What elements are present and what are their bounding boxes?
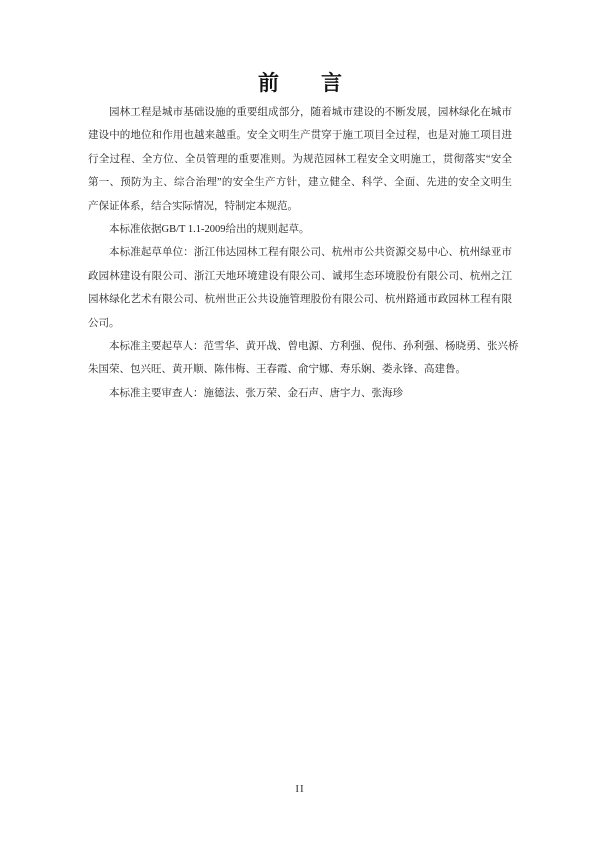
paragraph-line: 本标准依据GB/T 1.1-2009给出的规则起草。	[88, 218, 512, 241]
foreword-body: 园林工程是城市基础设施的重要组成部分，随着城市建设的不断发展，园林绿化在城市 建…	[88, 101, 512, 405]
page-number: II	[0, 782, 600, 796]
paragraph-line: 园林工程是城市基础设施的重要组成部分，随着城市建设的不断发展，园林绿化在城市	[88, 101, 512, 124]
paragraph-line: 第一、预防为主、综合治理”的安全生产方针，建立健全、科学、全面、先进的安全文明生	[88, 171, 512, 194]
paragraph-line: 朱国荣、包兴旺、黄开顺、陈伟梅、王春霞、俞宁娜、寿乐娴、娄永锋、高建鲁。	[88, 358, 512, 381]
paragraph-line: 公司。	[88, 312, 512, 335]
paragraph-line: 行全过程、全方位、全员管理的重要准则。为规范园林工程安全文明施工，贯彻落实“安全	[88, 148, 512, 171]
paragraph-line: 建设中的地位和作用也越来越重。安全文明生产贯穿于施工项目全过程，也是对施工项目进	[88, 124, 512, 147]
paragraph-line: 产保证体系，结合实际情况，特制定本规范。	[88, 195, 512, 218]
paragraph-line: 本标准起草单位：浙江伟达园林工程有限公司、杭州市公共资源交易中心、杭州绿亚市	[88, 241, 512, 264]
paragraph-line: 园林绿化艺术有限公司、杭州世正公共设施管理股份有限公司、杭州路通市政园林工程有限	[88, 288, 512, 311]
document-page: 前 言 园林工程是城市基础设施的重要组成部分，随着城市建设的不断发展，园林绿化在…	[0, 0, 600, 848]
paragraph-line: 本标准主要起草人：范雪华、黄开战、曾电源、方利强、倪伟、孙利强、杨晓勇、张兴桥	[88, 335, 512, 358]
document-title: 前 言	[0, 70, 600, 96]
paragraph-line: 本标准主要审查人：施德法、张万荣、金石声、唐宇力、张海珍	[88, 382, 512, 405]
paragraph-line: 政园林建设有限公司、浙江天地环境建设有限公司、诚邦生态环境股份有限公司、杭州之江	[88, 265, 512, 288]
